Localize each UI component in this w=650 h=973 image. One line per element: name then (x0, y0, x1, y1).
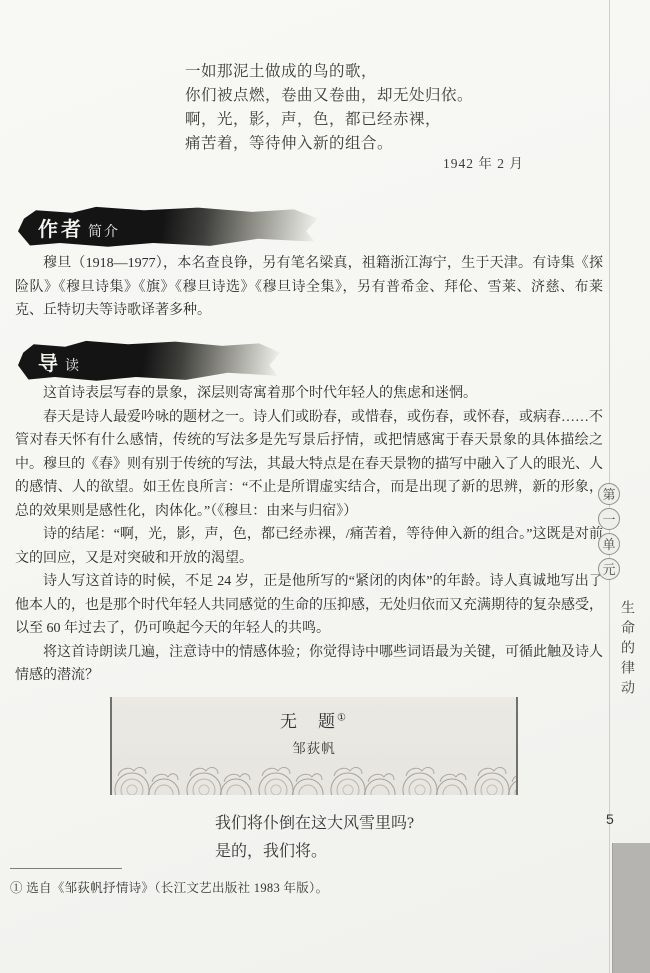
author-intro-heading-main: 作者 (38, 213, 84, 242)
poem-date: 1942 年 2 月 (443, 152, 524, 172)
textbook-page: 一如那泥土做成的鸟的歌， 你们被点燃，卷曲又卷曲，却无处归依。 啊，光，影，声，… (0, 0, 650, 973)
next-poem-title: 无 题① (112, 707, 516, 732)
unit-label-char: 一 (598, 508, 620, 530)
poem-line: 我们将仆倒在这大风雪里吗? (215, 810, 414, 838)
author-intro-heading-sub: 简介 (88, 221, 120, 241)
poem-line: 你们被点燃，卷曲又卷曲，却无处归依。 (185, 84, 473, 108)
wave-pattern-decoration (112, 757, 516, 795)
next-poem-title-box: 无 题① 邹荻帆 (110, 697, 518, 795)
unit-label-char: 元 (598, 558, 620, 580)
author-intro-heading: 作者 简介 (18, 206, 318, 248)
page-edge-tab (612, 843, 650, 973)
footnote-divider (10, 868, 122, 869)
poem-excerpt: 一如那泥土做成的鸟的歌， 你们被点燃，卷曲又卷曲，却无处归依。 啊，光，影，声，… (185, 60, 473, 156)
reading-guide-heading: 导 读 (18, 340, 280, 382)
author-intro-body: 穆旦（1918—1977），本名查良铮，另有笔名梁真，祖籍浙江海宁，生于天津。有… (15, 252, 603, 323)
poem-line: 一如那泥土做成的鸟的歌， (185, 60, 473, 84)
guide-paragraph: 春天是诗人最爱吟咏的题材之一。诗人们或盼春，或惜春，或伤春，或怀春，或病春……不… (15, 406, 603, 524)
author-intro-paragraph: 穆旦（1918—1977），本名查良铮，另有笔名梁真，祖籍浙江海宁，生于天津。有… (15, 252, 603, 323)
unit-label-char: 单 (598, 533, 620, 555)
unit-title-vertical: 生命的律动 (612, 600, 636, 700)
next-poem-lines: 我们将仆倒在这大风雪里吗? 是的，我们将。 (215, 810, 414, 866)
next-poem-author: 邹荻帆 (112, 737, 516, 757)
poem-line: 啊，光，影，声，色，都已经赤裸， (185, 108, 473, 132)
unit-label-char: 第 (598, 483, 620, 505)
page-number: 5 (606, 811, 614, 827)
poem-line: 是的，我们将。 (215, 838, 414, 866)
reading-guide-heading-main: 导 (38, 347, 61, 376)
reading-guide-body: 这首诗表层写春的景象，深层则寄寓着那个时代年轻人的焦虑和迷惘。 春天是诗人最爱吟… (15, 382, 603, 688)
guide-paragraph: 诗人写这首诗的时候，不足 24 岁，正是他所写的“紧闭的肉体”的年龄。诗人真诚地… (15, 570, 603, 641)
footnote-reference-mark: ① (337, 712, 348, 723)
footnote-text: ① 选自《邹荻帆抒情诗》（长江文艺出版社 1983 年版）。 (10, 878, 328, 896)
guide-paragraph: 将这首诗朗读几遍，注意诗中的情感体验；你觉得诗中哪些词语最为关键，可循此触及诗人… (15, 641, 603, 688)
guide-paragraph: 这首诗表层写春的景象，深层则寄寓着那个时代年轻人的焦虑和迷惘。 (15, 382, 603, 406)
poem-line: 痛苦着，等待伸入新的组合。 (185, 132, 473, 156)
reading-guide-heading-sub: 读 (65, 355, 81, 375)
guide-paragraph: 诗的结尾：“啊，光，影，声，色，都已经赤裸，/痛苦着，等待伸入新的组合。”这既是… (15, 523, 603, 570)
